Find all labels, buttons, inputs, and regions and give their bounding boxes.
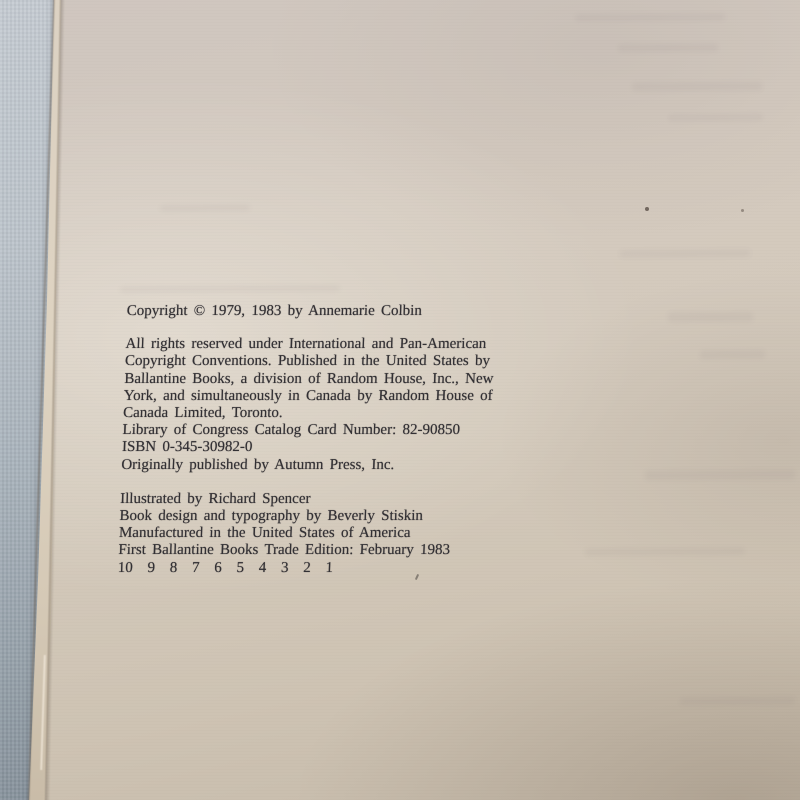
ink-showthrough-smudge: [700, 350, 765, 359]
manufactured-line: Manufactured in the United States of Ame…: [119, 525, 478, 542]
copyright-text-block: Copyright © 1979, 1983 by Annemarie Colb…: [117, 303, 485, 577]
photo-frame: Copyright © 1979, 1983 by Annemarie Colb…: [0, 0, 800, 800]
ink-showthrough-smudge: [680, 697, 795, 706]
rights-line: Copyright Conventions. Published in the …: [125, 353, 484, 370]
book-design-line: Book design and typography by Beverly St…: [119, 508, 478, 525]
original-publisher-line: Originally published by Autumn Press, In…: [121, 457, 480, 474]
rights-line: York, and simultaneously in Canada by Ra…: [123, 388, 482, 405]
ink-showthrough-smudge: [575, 13, 725, 21]
edition-line: First Ballantine Books Trade Edition: Fe…: [118, 542, 477, 559]
ink-showthrough-smudge: [632, 82, 762, 92]
ink-showthrough-smudge: [668, 312, 753, 323]
ink-showthrough-smudge: [618, 44, 718, 53]
ink-showthrough-smudge: [620, 250, 750, 258]
ink-showthrough-smudge: [645, 469, 795, 480]
ink-showthrough-smudge: [668, 114, 763, 122]
rights-line: Canada Limited, Toronto.: [123, 405, 482, 422]
printing-numbers-line: 10 9 8 7 6 5 4 3 2 1: [117, 560, 476, 577]
library-of-congress-line: Library of Congress Catalog Card Number:…: [122, 422, 481, 439]
paper-speck: [741, 209, 744, 212]
copyright-line: Copyright © 1979, 1983 by Annemarie Colb…: [126, 303, 485, 320]
ink-showthrough-smudge: [160, 205, 250, 212]
rights-paragraph: All rights reserved under International …: [123, 336, 484, 422]
paper-speck: [645, 207, 649, 211]
ink-showthrough-smudge: [585, 547, 745, 555]
rights-line: Ballantine Books, a division of Random H…: [124, 371, 483, 388]
isbn-line: ISBN 0-345-30982-0: [122, 439, 481, 456]
rights-line: All rights reserved under International …: [125, 336, 484, 353]
credits-block: Illustrated by Richard Spencer Book desi…: [119, 491, 478, 525]
illustrator-line: Illustrated by Richard Spencer: [120, 491, 479, 508]
